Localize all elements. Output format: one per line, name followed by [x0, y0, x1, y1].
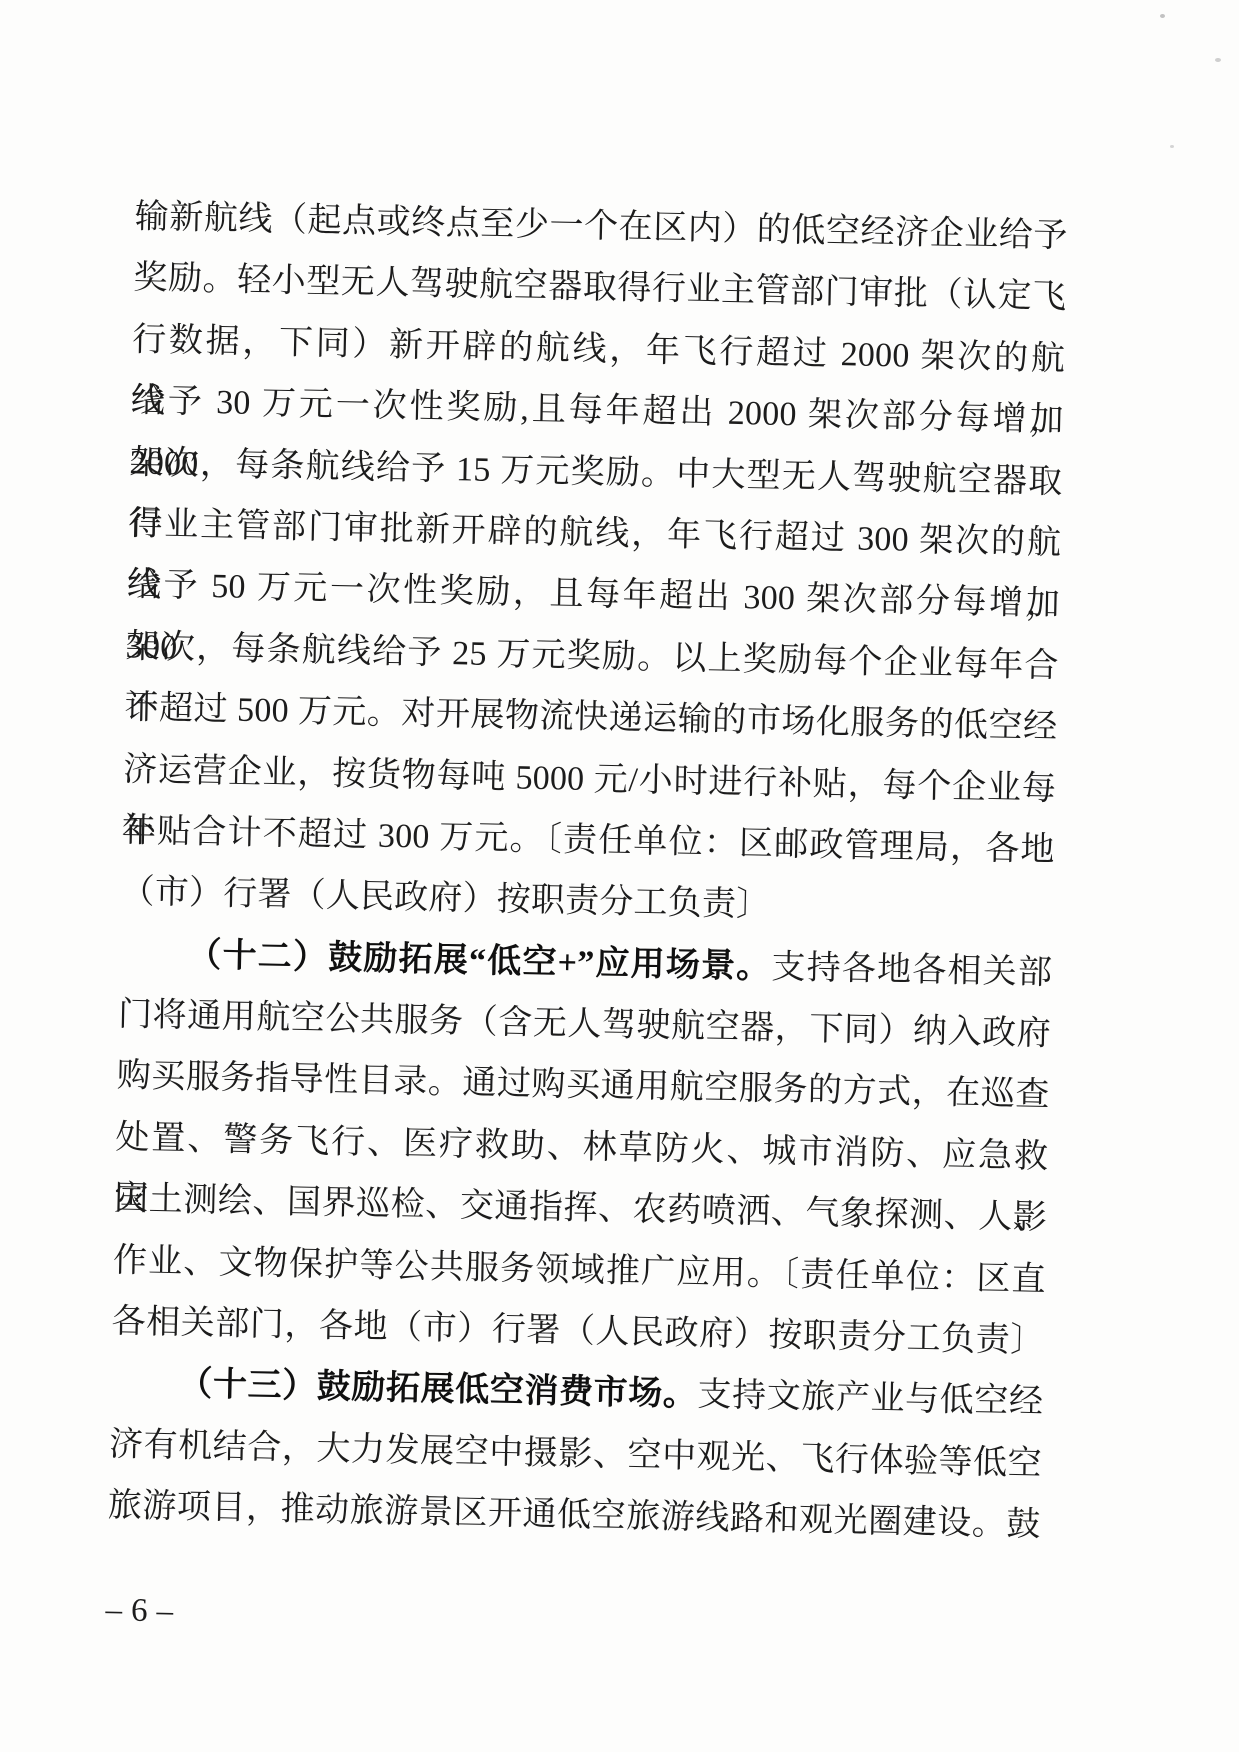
text-segment: 输新航线（起点或终点至少一个在区内）的低空经济企业给予 [134, 198, 1068, 255]
text-segment: （市）行署（人民政府）按职责分工负责〕 [120, 873, 770, 924]
scan-speck [1160, 14, 1165, 18]
text-segment: 济有机结合，大力发展空中摄影、空中观光、飞行体验等低空 [109, 1426, 1043, 1483]
heading-segment: （十三）鼓励拓展低空消费市场。 [178, 1366, 698, 1414]
scan-speck [1170, 145, 1174, 148]
text-segment: 作业、文物保护等公共服务领域推广应用。〔责任单位：区直 [113, 1242, 1047, 1299]
text-segment: 各相关部门，各地（市）行署（人民政府）按职责分工负责〕 [111, 1303, 1045, 1360]
text-segment: 国土测绘、国界巡检、交通指挥、农药喷洒、气象探测、人影 [114, 1180, 1048, 1237]
text-segment: 门将通用航空公共服务（含无人驾驶航空器，下同）纳入政府 [118, 996, 1052, 1053]
page-number: –6– [105, 1590, 182, 1632]
text-segment: 支持文旅产业与低空经 [697, 1377, 1043, 1421]
scan-speck [1215, 58, 1221, 62]
document-body-text: 输新航线（起点或终点至少一个在区内）的低空经济企业给予奖励。轻小型无人驾驶航空器… [107, 186, 1068, 1556]
text-segment: 购买服务指导性目录。通过购买通用航空服务的方式，在巡查 [116, 1058, 1050, 1115]
text-segment: 支持各地各相关部 [771, 949, 1052, 992]
text-segment: 旅游项目，推动旅游景区开通低空旅游线路和观光圈建设。鼓 [107, 1487, 1041, 1544]
text-segment: 奖励。轻小型无人驾驶航空器取得行业主管部门审批（认定飞 [133, 260, 1067, 317]
scan-content: 输新航线（起点或终点至少一个在区内）的低空经济企业给予奖励。轻小型无人驾驶航空器… [107, 186, 1068, 1556]
text-segment: 不超过 500 万元。对开展物流快递运输的市场化服务的低空经 [124, 689, 1058, 746]
text-segment: 补贴合计不超过 300 万元。〔责任单位：区邮政管理局，各地 [122, 812, 1056, 869]
heading-segment: （十二）鼓励拓展“低空+”应用场景。 [187, 936, 772, 985]
document-page: 输新航线（起点或终点至少一个在区内）的低空经济企业给予奖励。轻小型无人驾驶航空器… [0, 0, 1239, 1752]
